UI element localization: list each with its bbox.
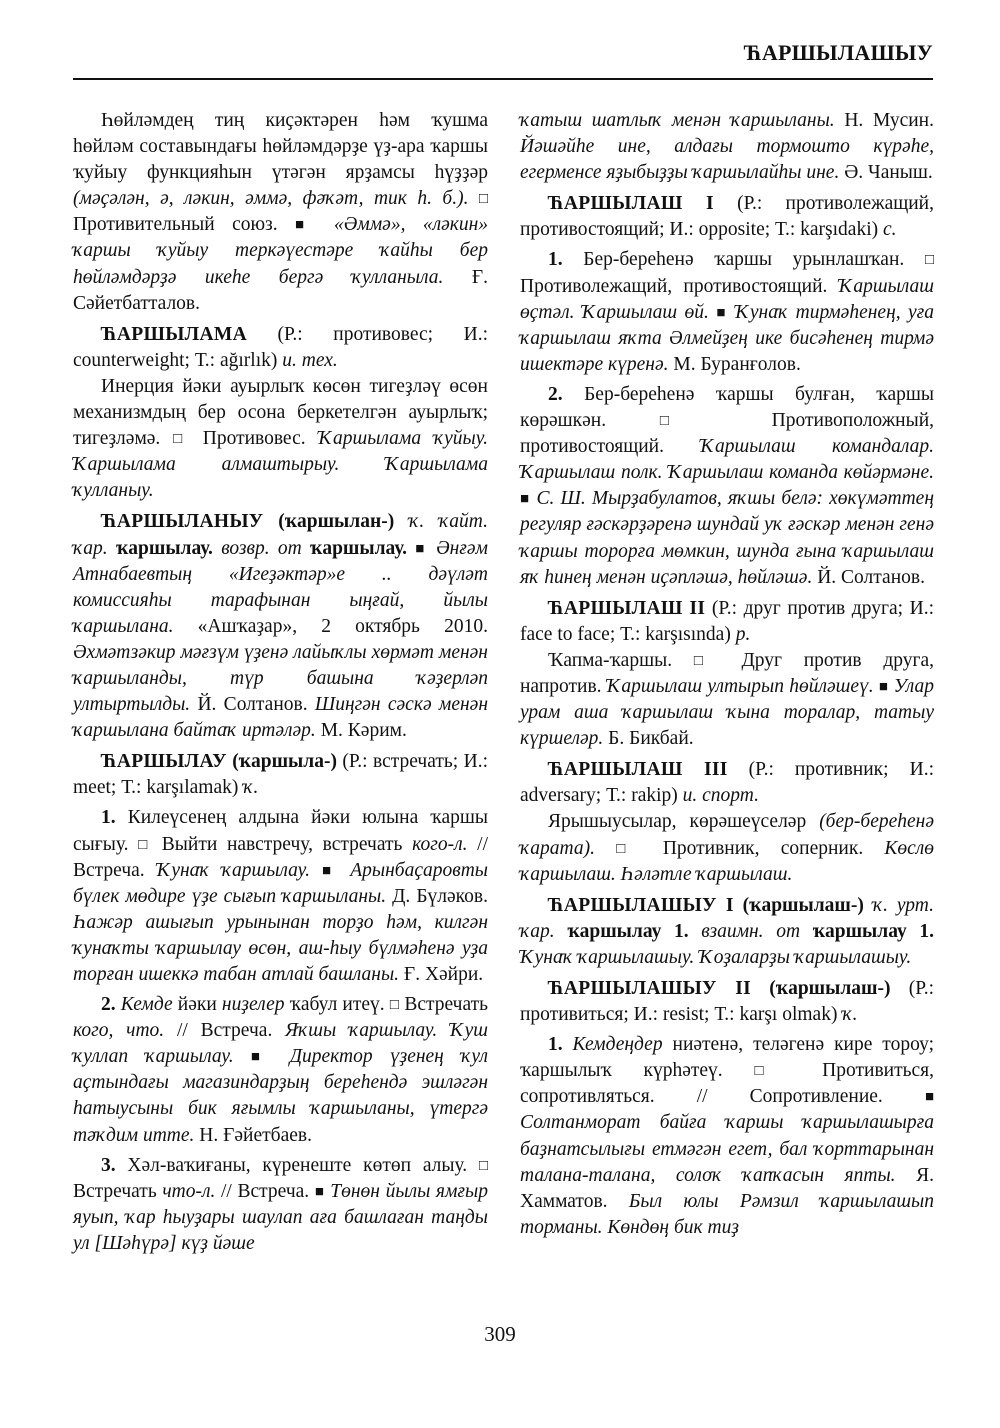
dictionary-entry-karshylanyu: ЋАРШЫЛАНЫУ (ҡаршылан-) ҡ. ҡайт. ҡар. ҡар…: [73, 509, 488, 744]
russian-equivalent-marker-icon: □: [616, 841, 641, 857]
headword: ЋАРШЫЛАНЫУ: [101, 511, 263, 532]
russian-equivalent-marker-icon: □: [479, 1158, 488, 1174]
russian-equivalent-marker-icon: □: [754, 1063, 790, 1079]
dictionary-entry-karshylash-1: ЋАРШЫЛАШ I (Р.: противолежащий, противос…: [520, 191, 934, 243]
italic-run: что-л.: [162, 1181, 215, 1202]
sense-1: 1. Бер-береһенә ҡаршы урынлашҡан. □ Прот…: [520, 247, 934, 377]
author-citation: Й. Солтанов.: [190, 694, 315, 715]
headword: ЋАРШЫЛАШЫУ I: [548, 895, 734, 916]
sense-number: 2.: [548, 384, 563, 405]
text-run: Противолежащий, противостоящий.: [520, 276, 839, 297]
dictionary-entry-karshylash-2: ЋАРШЫЛАШ II (Р.: друг против друга; И.: …: [520, 596, 934, 648]
italic-run: Солтанморат байға ҡаршы ҡаршылашырға баҙ…: [520, 1112, 934, 1185]
text-run: ҡабул итеү.: [285, 994, 385, 1015]
italic-run: Кемде: [116, 994, 173, 1015]
text-run: Противник, соперник.: [642, 838, 885, 859]
italic-run: кого, что.: [73, 1020, 164, 1041]
cross-reference: ҡаршылау 1.: [555, 921, 689, 942]
stem: (ҡаршылаш-): [734, 895, 873, 916]
right-column: ҡатыш шатлыҡ менән ҡаршыланы. Н. Мусин. …: [520, 108, 934, 1241]
author-citation: Ғ. Хәйри.: [399, 964, 483, 985]
headword: ЋАРШЫЛАШ II: [548, 598, 705, 619]
russian-equivalent-marker-icon: □: [925, 252, 934, 268]
example-marker-icon: ■: [315, 1184, 325, 1200]
page-number: 309: [0, 1322, 1000, 1347]
definition-text: Бер-береһенә ҡаршы урынлашҡан.: [563, 249, 905, 270]
italic-run: ҡатыш шатлыҡ менән ҡаршыланы.: [520, 110, 835, 131]
sense-number: 1.: [548, 249, 563, 270]
example-marker-icon: ■: [925, 1089, 934, 1105]
russian-equivalent-marker-icon: □: [390, 997, 399, 1013]
italic-run: (мәҫәлән, ә, ләкин, әммә, фәҡәт, тик һ. …: [73, 188, 468, 209]
sense-1: 1. Кемдеңдер ниәтенә, теләгенә кире торо…: [520, 1032, 934, 1241]
entry-definition: Ярышыусылар, көрәшеүселәр (бер-береһенә …: [520, 809, 934, 887]
author-citation: Н. Ғәйетбаев.: [194, 1125, 312, 1146]
author-citation: Н. Мусин.: [835, 110, 934, 131]
russian-equivalent-marker-icon: □: [660, 413, 718, 429]
example-marker-icon: ■: [415, 541, 427, 557]
italic-run: Ҡунаҡ ҡаршылау.: [157, 860, 310, 881]
italic-run: кого-л.: [412, 834, 467, 855]
grammar-label: взаимн. от: [689, 921, 800, 942]
text-run: // Встреча.: [215, 1181, 314, 1202]
example-marker-icon: ■: [716, 305, 728, 321]
stem: (ҡаршыла-): [227, 751, 343, 772]
stem: (ҡаршылан-): [263, 511, 409, 532]
text-run: Противовес.: [190, 428, 318, 449]
russian-equivalent-marker-icon: □: [694, 653, 720, 669]
example-marker-icon: ■: [251, 1049, 272, 1065]
text-run: Встречать: [399, 994, 488, 1015]
usage-examples: Ҡунаҡ ҡаршылашыу. Ҡоҙаларҙы ҡаршылашыу.: [520, 947, 911, 968]
italic-run: Кемдеңдер: [563, 1034, 663, 1055]
source-citation: «Ашҡаҙар», 2 октябрь 2010.: [174, 616, 489, 637]
text-run: Противительный союз.: [73, 214, 295, 235]
grammar-label: ҡ.: [243, 777, 258, 798]
dictionary-entry-karshylash-3: ЋАРШЫЛАШ III (Р.: противник; И.: adversa…: [520, 757, 934, 809]
headword: ЋАРШЫЛАШ III: [548, 759, 728, 780]
headword: ЋАРШЫЛАШ I: [548, 193, 714, 214]
stem: (ҡаршылаш-): [751, 978, 909, 999]
text-run: Һөйләмдең тиң киҫәктәрен һәм ҡушма һөйлә…: [73, 110, 488, 183]
text-run: Встречать: [73, 1181, 162, 1202]
definition-text: Ярышыусылар, көрәшеүселәр: [548, 811, 819, 832]
headword: ЋАРШЫЛАМА: [101, 324, 247, 345]
definition-text: Хәл-ваҡиғаны, күренеште көтөп алыу.: [116, 1155, 468, 1176]
sense-number: 2.: [101, 994, 116, 1015]
running-head: ЋАРШЫЛАШЫУ: [73, 40, 933, 66]
dictionary-entry-karshylashyu-2: ЋАРШЫЛАШЫУ II (ҡаршылаш-) (Р.: противить…: [520, 976, 934, 1028]
sense-number: 1.: [548, 1034, 563, 1055]
author-citation: М. Кәрим.: [316, 720, 407, 741]
grammar-label: возвр. от: [213, 538, 302, 559]
text-run: // Встреча.: [164, 1020, 285, 1041]
example-marker-icon: ■: [322, 863, 338, 879]
entry-definition: Инерция йәки ауырлыҡ көсөн тигеҙләү өсөн…: [73, 374, 488, 504]
grammar-label: с.: [883, 219, 897, 240]
grammar-label: и. тех.: [282, 350, 338, 371]
sense-1: 1. Килеүсенең алдына йәки юлына ҡаршы сы…: [73, 805, 488, 988]
dictionary-entry-karshylama: ЋАРШЫЛАМА (Р.: противовес; И.: counterwe…: [73, 322, 488, 374]
russian-equivalent-marker-icon: □: [479, 191, 488, 207]
example-marker-icon: ■: [295, 217, 317, 233]
text-run: йәки: [173, 994, 222, 1015]
usage-examples: Ҡаршылаш ултырып һөйләшеү.: [607, 676, 874, 697]
author-citation: М. Буранғолов.: [669, 354, 801, 375]
dictionary-entry-karshylashyu-1: ЋАРШЫЛАШЫУ I (ҡаршылаш-) ҡ. урт. ҡар. ҡа…: [520, 893, 934, 971]
russian-equivalent-marker-icon: □: [173, 431, 190, 447]
left-column: Һөйләмдең тиң киҫәктәрен һәм ҡушма һөйлә…: [73, 108, 488, 1257]
sense-3: 3. Хәл-ваҡиғаны, күренеште көтөп алыу. □…: [73, 1153, 488, 1257]
example-marker-icon: ■: [520, 491, 530, 507]
grammar-label: и. спорт.: [683, 785, 759, 806]
sense-number: 1.: [101, 807, 116, 828]
continued-paragraph: ҡатыш шатлыҡ менән ҡаршыланы. Н. Мусин. …: [520, 108, 934, 186]
definition-text: Ҡапма-ҡаршы.: [548, 650, 672, 671]
grammar-label: ҡ.: [842, 1004, 857, 1025]
author-citation: Б. Бикбай.: [603, 728, 693, 749]
grammar-label: р.: [736, 624, 751, 645]
example-marker-icon: ■: [879, 679, 888, 695]
sense-2: 2. Бер-береһенә ҡаршы булған, ҡаршы көрә…: [520, 382, 934, 591]
sense-number: 3.: [101, 1155, 116, 1176]
author-citation: Д. Бүләков.: [386, 886, 488, 907]
italic-run: ниҙелер: [222, 994, 285, 1015]
continued-paragraph: Һөйләмдең тиң киҫәктәрен һәм ҡушма һөйлә…: [73, 108, 488, 317]
headword: ЋАРШЫЛАУ: [101, 751, 227, 772]
headword: ЋАРШЫЛАШЫУ II: [548, 978, 751, 999]
text-run: Выйти навстречу, встречать: [152, 834, 412, 855]
russian-equivalent-marker-icon: □: [138, 837, 152, 853]
sense-2: 2. Кемде йәки ниҙелер ҡабул итеү. □ Встр…: [73, 992, 488, 1149]
entry-definition: Ҡапма-ҡаршы. □ Друг против друга, напрот…: [520, 648, 934, 752]
cross-reference: ҡаршылау.: [302, 538, 407, 559]
cross-reference: ҡаршылау 1.: [800, 921, 934, 942]
author-citation: Ә. Чаныш.: [839, 162, 932, 183]
header-rule: [73, 78, 933, 80]
dictionary-entry-karshylau: ЋАРШЫЛАУ (ҡаршыла-) (Р.: встречать; И.: …: [73, 749, 488, 801]
cross-reference: ҡаршылау.: [108, 538, 213, 559]
author-citation: Й. Солтанов.: [812, 567, 925, 588]
